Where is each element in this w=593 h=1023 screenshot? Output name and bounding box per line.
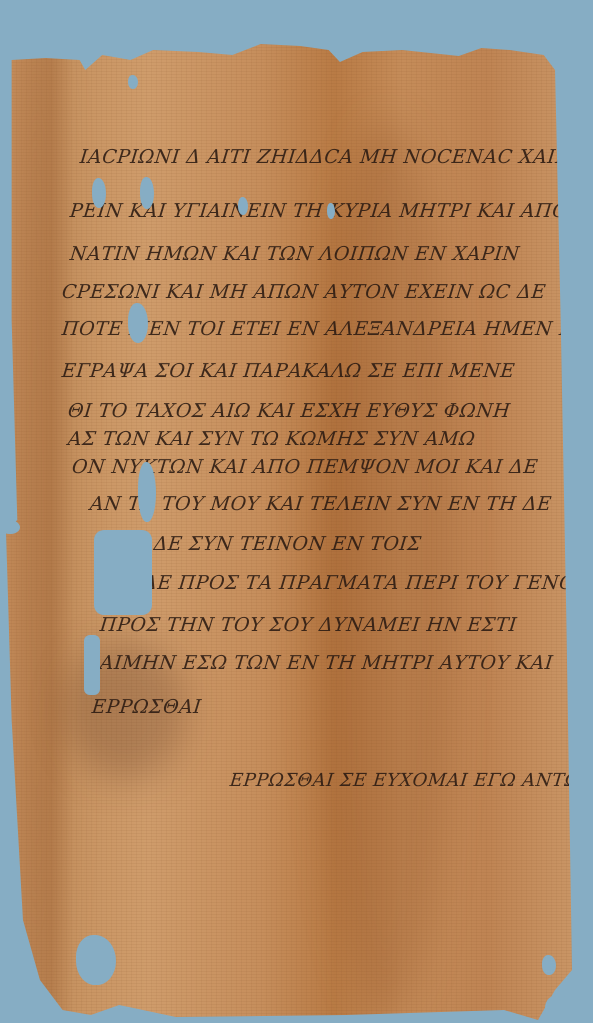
text-line: ΕΡΡΩΣΘΑΙ: [91, 696, 203, 718]
hole: [545, 995, 573, 1023]
text-line: ΙΑϹΡΙΩΝΙ Δ ΑΙΤΙ ΖΗΙΔΔϹΑ ΜΗ ΝΟϹΕΝΑϹ ΧΑΙΡΕ…: [79, 146, 593, 168]
hole: [542, 955, 556, 975]
hole: [327, 203, 335, 219]
text-line: ΝΑΤΙΝ ΗΜΩΝ ΚΑΙ ΤΩΝ ΛΟΙΠΩΝ ΕΝ ΧΑΡΙΝ: [69, 243, 521, 265]
closing-signature: ΕΡΡΩΣΘΑΙ ΣΕ ΕΥΧΟΜΑΙ ΕΓΩ ΑΝΤΩΝΙΟΣ: [229, 770, 593, 791]
text-line: ΠΡΟΣ ΤΗΝ ΤΟΥ ΣΟΥ ΔΥΝΑΜΕΙ ΗΝ ΕΣΤΙ: [99, 614, 518, 636]
text-line: ΚΑΙ ΔΕ ΠΡΟΣ ΤΑ ΠΡΑΓΜΑΤΑ ΠΕΡΙ ΤΟΥ ΓΕΝΟΥΣ: [99, 572, 593, 594]
text-line: ΑΝ ΤΑ ΤΟΥ ΜΟΥ ΚΑΙ ΤΕΛΕΙΝ ΣΥΝ ΕΝ ΤΗ ΔΕ: [89, 493, 553, 515]
text-line: ΕΓΡΑΨΑ ΣΟΙ ΚΑΙ ΠΑΡΑΚΑΛΩ ΣΕ ΕΠΙ ΜΕΝΕ: [61, 360, 516, 382]
edge-stain: [6, 20, 66, 1020]
hole: [238, 197, 248, 215]
hole: [128, 303, 148, 343]
hole: [76, 935, 116, 985]
hole: [84, 635, 100, 695]
hole: [128, 75, 138, 89]
hole: [138, 462, 156, 522]
text-line: ΑΣ ΤΩΝ ΚΑΙ ΣΥΝ ΤΩ ΚΩΜΗΣ ΣΥΝ ΑΜΩ: [67, 428, 477, 450]
text-line: ΘΙ ΤΟ ΤΑΧΟΣ ΑΙΩ ΚΑΙ ΕΣΧΗ ΕΥΘΥΣ ΦΩΝΗ: [67, 400, 512, 422]
text-line: ΑΙΜΗΝ ΕΣΩ ΤΩΝ ΕΝ ΤΗ ΜΗΤΡΙ ΑΥΤΟΥ ΚΑΙ: [99, 652, 554, 674]
large-hole: [94, 530, 152, 615]
text-line: ΤΑ ΔΕ ΣΥΝ ΤΕΙΝΟΝ ΕΝ ΤΟΙΣ: [119, 533, 423, 555]
text-line: ϹΡΕΣΩΝΙ ΚΑΙ ΜΗ ΑΠΩΝ ΑΥΤΟΝ ΕΧΕΙΝ ΩϹ ΔΕ: [61, 281, 547, 303]
hole: [92, 178, 106, 208]
edge-notch: [0, 520, 20, 534]
hole: [140, 177, 154, 209]
papyrus-sheet: ΙΑϹΡΙΩΝΙ Δ ΑΙΤΙ ΖΗΙΔΔϹΑ ΜΗ ΝΟϹΕΝΑϹ ΧΑΙΡΕ…: [6, 20, 572, 1020]
